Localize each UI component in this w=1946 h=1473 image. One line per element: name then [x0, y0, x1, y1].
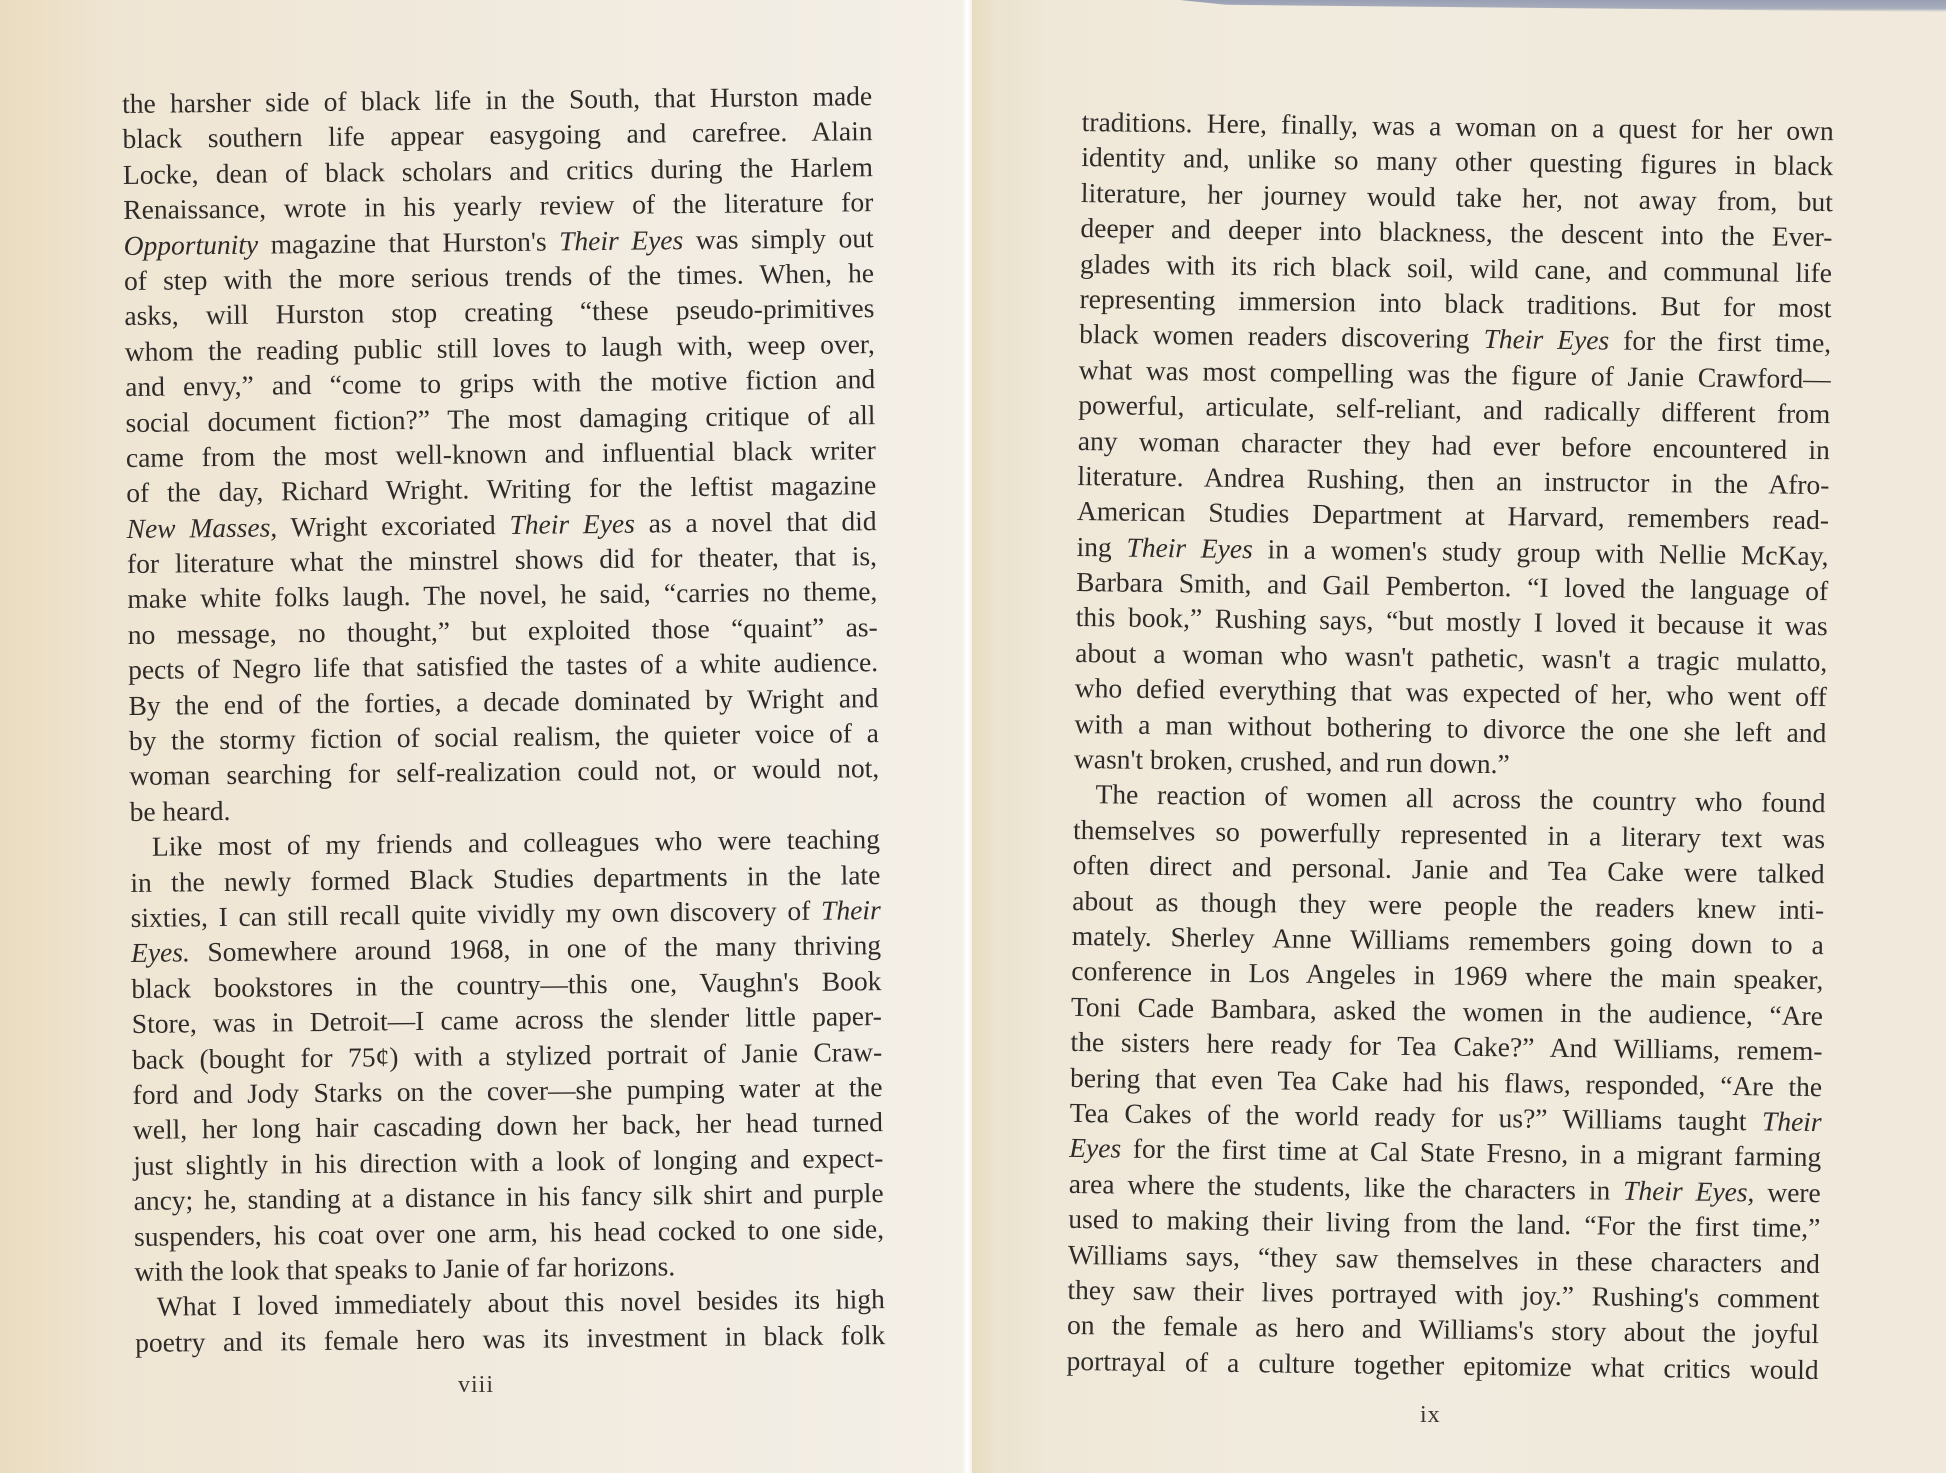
text-run: black southern life appear easygoing and…: [122, 116, 872, 155]
italic-title: Their Eyes,: [1623, 1174, 1755, 1207]
text-run: for the first time at Cal State Fresno, …: [1121, 1133, 1821, 1173]
text-run: sixties, I can still recall quite vividl…: [131, 895, 822, 933]
text-run: of step with the more serious trends of …: [124, 257, 874, 296]
text-run: by the stormy fiction of social realism,…: [129, 717, 879, 756]
text-run: pects of Negro life that satisfied the t…: [128, 646, 878, 685]
italic-title: Their Eyes: [1483, 323, 1609, 356]
text-run: social document fiction?” The most damag…: [125, 399, 875, 438]
text-run: By the end of the forties, a decade domi…: [128, 682, 878, 721]
text-run: the sisters here ready for Tea Cake?” An…: [1070, 1026, 1822, 1066]
left-page-number: viii: [458, 1372, 494, 1399]
text-run: the harsher side of black life in the So…: [122, 80, 872, 119]
text-run: poetry and its female hero was its inves…: [135, 1319, 885, 1358]
text-run: no message, no thought,” but exploited t…: [128, 611, 878, 650]
right-page-number: ix: [1420, 1402, 1441, 1429]
left-page: the harsher side of black life in the So…: [0, 0, 968, 1473]
right-page-body-text: traditions. Here, finally, was a woman o…: [1066, 104, 1834, 1387]
text-run: was simply out: [683, 222, 874, 255]
italic-title: Opportunity: [124, 228, 259, 260]
text-run: well, her long hair cascading down her b…: [133, 1106, 883, 1145]
italic-title: Their: [1762, 1105, 1822, 1137]
italic-title: Eyes: [1069, 1132, 1121, 1164]
text-run: area where the students, like the charac…: [1069, 1168, 1624, 1206]
text-run: as a novel that did: [635, 505, 877, 539]
text-line: poetry and its female hero was its inves…: [135, 1317, 885, 1360]
text-run: wasn't broken, crushed, and run down.”: [1074, 743, 1510, 779]
text-run: Like most of my friends and colleagues w…: [152, 823, 880, 862]
text-run: woman searching for self-realization cou…: [129, 753, 879, 792]
text-run: What I loved immediately about this nove…: [157, 1283, 885, 1322]
text-run: for literature what the minstrel shows d…: [127, 540, 877, 579]
text-run: whom the reading public still loves to l…: [125, 328, 875, 367]
left-page-body-text: the harsher side of black life in the So…: [122, 78, 885, 1360]
text-run: black women readers discovering: [1079, 318, 1484, 354]
text-run: in a women's study group with Nellie McK…: [1253, 533, 1829, 571]
text-run: and envy,” and “come to grips with the m…: [125, 363, 875, 402]
text-run: be heard.: [129, 795, 230, 827]
text-run: make white folks laugh. The novel, he sa…: [127, 576, 877, 615]
italic-title: Their: [821, 894, 881, 926]
italic-title: Their Eyes: [559, 224, 683, 256]
gutter-shadow: [972, 0, 1022, 1473]
text-run: Locke, dean of black scholars and critic…: [123, 151, 873, 190]
text-run: were: [1754, 1176, 1821, 1208]
text-run: powerful, articulate, self-reliant, and …: [1078, 389, 1830, 429]
italic-title: Eyes.: [131, 937, 190, 969]
text-run: just slightly in his direction with a lo…: [133, 1142, 883, 1181]
text-run: suspenders, his coat over one arm, his h…: [134, 1213, 884, 1252]
italic-title: New Masses,: [126, 511, 277, 544]
text-run: ancy; he, standing at a distance in his …: [134, 1177, 884, 1216]
text-run: Wright excoriated: [277, 509, 510, 542]
text-run: Somewhere around 1968, in one of the man…: [190, 929, 881, 967]
text-run: back (bought for 75¢) with a stylized po…: [132, 1036, 882, 1075]
text-run: used to making their living from the lan…: [1068, 1203, 1820, 1243]
book-gutter: [962, 0, 972, 1473]
text-run: ing: [1076, 531, 1126, 563]
text-run: Tea Cakes of the world ready for us?” Wi…: [1069, 1097, 1762, 1136]
text-run: ford and Jody Starks on the cover—she pu…: [132, 1071, 882, 1110]
text-run: for the first time,: [1609, 325, 1831, 359]
text-run: black bookstores in the country—this one…: [131, 965, 881, 1004]
text-run: Renaissance, wrote in his yearly review …: [123, 186, 873, 225]
text-run: magazine that Hurston's: [258, 225, 559, 259]
italic-title: Their Eyes: [1126, 531, 1253, 564]
text-run: portrayal of a culture together epitomiz…: [1066, 1345, 1818, 1385]
text-run: came from the most well-known and influe…: [126, 434, 876, 473]
text-run: with the look that speaks to Janie of fa…: [134, 1250, 675, 1287]
text-run: often direct and personal. Janie and Tea…: [1073, 849, 1825, 889]
text-run: deeper and deeper into blackness, the de…: [1080, 212, 1832, 252]
text-run: of the day, Richard Wright. Writing for …: [126, 469, 876, 508]
text-run: in the newly formed Black Studies depart…: [130, 859, 880, 898]
italic-title: Their Eyes: [509, 507, 635, 539]
text-run: Store, was in Detroit—I came across the …: [132, 1000, 882, 1039]
text-run: asks, will Hurston stop creating “these …: [124, 292, 874, 331]
